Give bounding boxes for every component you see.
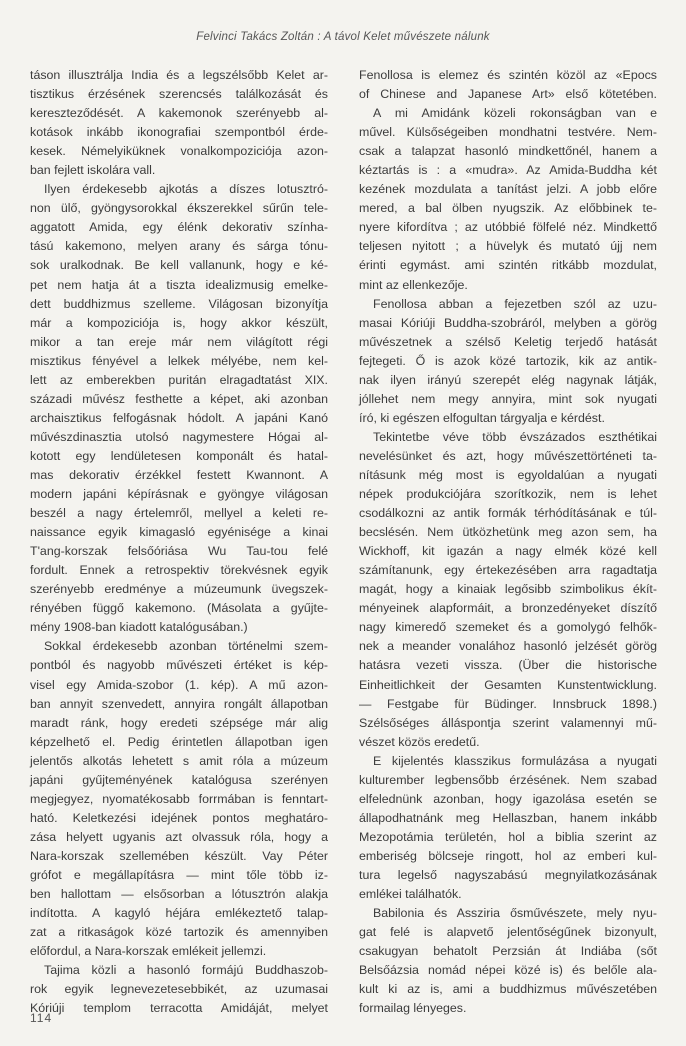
text-line: tura legelső nagyszabású megnyilatkozásá…	[359, 866, 657, 885]
text-line: állapodhatnánk meg Hellaszban, hanem ink…	[359, 809, 657, 828]
text-line: csak a talapzat hasonló mindkettőnél, ha…	[359, 142, 657, 161]
text-line: Einheitlichkeit der Gesamten Kunstentwic…	[359, 676, 657, 695]
text-line: kulturember legbensőbb érzésének. Nem sz…	[359, 771, 657, 790]
text-line: magát, hogy a kinaiak legősibb szimbolik…	[359, 580, 657, 599]
text-line: csakugyan behatolt Perzsián át Indiába (…	[359, 942, 657, 961]
right-column: Fenollosa is elemez és szintén közöl az …	[359, 66, 657, 1018]
text-line: nek a meander vonalához hasonló jelzését…	[359, 637, 657, 656]
text-line: mas dekorativ érzékkel festett Kwannont.…	[30, 466, 328, 485]
text-line: Szélsőséges álláspontja szerint valamenn…	[359, 714, 657, 733]
text-line: fordult. Ennek a retrospektiv törekvésne…	[30, 561, 328, 580]
text-line: pontból és nagyobb művészeti értéket is …	[30, 656, 328, 675]
text-line: gat felé is alapvető jelentőségűnek bizo…	[359, 923, 657, 942]
text-line: grófot e megállapításra — mint tőle több…	[30, 866, 328, 885]
text-line: ban annyit szenvedett, annyira rongált á…	[30, 695, 328, 714]
text-line: ható. Keletkezési idejének pontos meghat…	[30, 809, 328, 828]
text-line: kult ki az is, ami a buddhizmus művészet…	[359, 980, 657, 999]
text-line: jóllehet nem megy annyira, mint sok nyug…	[359, 390, 657, 409]
text-line: kéztartás is : a «mudra». Az Amida-Buddh…	[359, 161, 657, 180]
text-line: beszél a nagy értelemről, mellyel a kele…	[30, 504, 328, 523]
text-line: rok egyik legnevezetesebbikét, az uzumas…	[30, 980, 328, 999]
text-line: már a kompoziciója is, hogy akkor készül…	[30, 314, 328, 333]
text-line: művészetnek a szélső Keletig terjedő hat…	[359, 333, 657, 352]
text-line: ményeinek alapformáit, a bronzedényeket …	[359, 599, 657, 618]
text-line: indította. A kagyló héjára emlékeztető t…	[30, 904, 328, 923]
text-line: nításunk még most is egyoldalúan a nyuga…	[359, 466, 657, 485]
text-line: Mezopotámia területén, hol a biblia szer…	[359, 828, 657, 847]
text-line: szerényebb eredménye a múzeumunk üvegsze…	[30, 580, 328, 599]
text-line: érinti egymást. ami szintén ritkább mozd…	[359, 256, 657, 275]
document-page: Felvinci Takács Zoltán : A távol Kelet m…	[0, 0, 686, 1046]
text-line: kereszteződését. A kakemonok szerényebb …	[30, 104, 328, 123]
text-line: Fenollosa abban a fejezetben szól az uzu…	[359, 295, 657, 314]
text-line: századi művész festhette a képet, aki az…	[30, 390, 328, 409]
text-line: non ülő, gyöngysorokkal ékszerekkel sűrű…	[30, 199, 328, 218]
text-line: vészet közös eredetű.	[359, 733, 657, 752]
text-line: ban fejlett iskolára vall.	[30, 161, 328, 180]
text-line: táson illusztrálja India és a legszélsőb…	[30, 66, 328, 85]
text-line: Ilyen érdekesebb ajkotás a díszes lotusz…	[30, 180, 328, 199]
text-line: népek produkciójára szorítkozik, nem is …	[359, 485, 657, 504]
text-line: előfordul, a Nara-korszak emlékeit jelle…	[30, 942, 328, 961]
text-line: zása helyett ugyanis azt olvassuk róla, …	[30, 828, 328, 847]
text-line: zat a ritkaságok közé tartozik és amenny…	[30, 923, 328, 942]
text-line: dett buddhizmus szelleme. Világosan bizo…	[30, 295, 328, 314]
text-line: kotott egy lendületesen komponált és hat…	[30, 447, 328, 466]
text-line: emlékei találhatók.	[359, 885, 657, 904]
text-line: Fenollosa is elemez és szintén közöl az …	[359, 66, 657, 85]
text-line: fejtegeti. Ő is azok közé tartozik, kik …	[359, 352, 657, 371]
text-line: tású kakemono, melyen arany és sárga tón…	[30, 237, 328, 256]
text-line: művel. Külsőségeiben mondhatni testvére.…	[359, 123, 657, 142]
text-line: író, ki egészen elfogultan tárgyalja e k…	[359, 409, 657, 428]
text-line: Tajima közli a hasonló formájú Buddhaszo…	[30, 961, 328, 980]
text-line: visel egy Amida-szobor (1. kép). A mű az…	[30, 676, 328, 695]
text-line: Wickhoff, kit igazán a nagy elmék közé k…	[359, 542, 657, 561]
text-line: E kijelentés klasszikus formulázása a ny…	[359, 752, 657, 771]
text-line: A mi Amidánk közeli rokonságban van e	[359, 104, 657, 123]
text-line: mikor a tan ereje már nem világított rég…	[30, 333, 328, 352]
running-head: Felvinci Takács Zoltán : A távol Kelet m…	[0, 31, 686, 43]
text-line: aggatott Amida, egy élénk dekorativ szín…	[30, 218, 328, 237]
text-line: kezének mozdulata a tanítást jelzi. A jo…	[359, 180, 657, 199]
text-line: archaisztikus felfogásnak hódolt. A japá…	[30, 409, 328, 428]
text-line: pet nem hatja át a tiszta idealizmusig e…	[30, 276, 328, 295]
text-line: mény 1908-ban kiadott katalógusában.)	[30, 618, 328, 637]
text-line: japáni gyűjteményének katalógusa szerény…	[30, 771, 328, 790]
text-line: of Chinese and Japanese Art» első köteté…	[359, 85, 657, 104]
text-line: naissance egyik kimagasló egyénisége a k…	[30, 523, 328, 542]
text-line: csodálkozni az antik formák térhódításán…	[359, 504, 657, 523]
text-line: Nara-korszak szellemében készült. Vay Pé…	[30, 847, 328, 866]
text-line: maradt ránk, hogy eredeti szépsége már a…	[30, 714, 328, 733]
text-line: művészdinasztia utolsó nagymestere Hógai…	[30, 428, 328, 447]
text-line: mint az ellenkezője.	[359, 276, 657, 295]
text-line: masai Kóriúji Buddha-szobráról, melyben …	[359, 314, 657, 333]
text-line: teljesen nyitott ; a hüvelyk és mutató ú…	[359, 237, 657, 256]
text-line: nyere kifordítva ; az utóbbié fölfelé né…	[359, 218, 657, 237]
text-line: ben hallottam — elsősorban a lótusztrón …	[30, 885, 328, 904]
text-line: becslésén. Nem ütközhetünk meg azon sem,…	[359, 523, 657, 542]
text-line: sok uralkodnak. Be kell vallanunk, hogy …	[30, 256, 328, 275]
text-line: — Festgabe für Büdinger. Innsbruck 1898.…	[359, 695, 657, 714]
text-line: Belsőázsia nomád népei közé is) és belől…	[359, 961, 657, 980]
text-line: hatásra vezeti vissza. (Über die histori…	[359, 656, 657, 675]
text-line: misztikus fényével a lelkek mélyébe, nem…	[30, 352, 328, 371]
text-line: T'ang-korszak felsőóriása Wu Tau-tou fel…	[30, 542, 328, 561]
text-line: tisztikus érzésének szerencsés találkozá…	[30, 85, 328, 104]
text-line: nevelésünket és azt, hogy művészettörtén…	[359, 447, 657, 466]
text-line: nak ilyen irányú szerepét elég nagynak l…	[359, 371, 657, 390]
page-number: 114	[30, 1011, 52, 1025]
text-line: Babilonia és Assziria ősművészete, mely …	[359, 904, 657, 923]
text-line: elfelednünk azonban, hogy igazolása eset…	[359, 790, 657, 809]
text-line: képzelhető el. Pedig érintetlen állapotb…	[30, 733, 328, 752]
text-line: rényében függő kakemono. (Másolata a gyű…	[30, 599, 328, 618]
text-line: jelentős alkotás lehetett s amit róla a …	[30, 752, 328, 771]
text-line: számítanunk, egy értekezésében arra raga…	[359, 561, 657, 580]
text-line: nagy kimeredő szemeket és a gomolygó fel…	[359, 618, 657, 637]
text-line: Kóriúji templom terracotta Amidáját, mel…	[30, 999, 328, 1018]
text-line: mered, a bal ölben nyugszik. Az előbbine…	[359, 199, 657, 218]
text-line: kotások inkább ikonografiai szempontból …	[30, 123, 328, 142]
left-column: táson illusztrálja India és a legszélsőb…	[30, 66, 328, 1018]
text-line: formailag lényeges.	[359, 999, 657, 1018]
text-line: Sokkal érdekesebb azonban történelmi sze…	[30, 637, 328, 656]
text-line: emberiség bölcseje ringott, hol az ember…	[359, 847, 657, 866]
text-line: kesek. Némelyiküknek vonalkompoziciója a…	[30, 142, 328, 161]
text-line: megjegyez, nyomatékosabb forrmában is fe…	[30, 790, 328, 809]
text-line: modern japáni képírásnak e gyöngye világ…	[30, 485, 328, 504]
text-line: Tekintetbe véve több évszázados eszthéti…	[359, 428, 657, 447]
text-line: lett az emberekben puritán elragadtatást…	[30, 371, 328, 390]
